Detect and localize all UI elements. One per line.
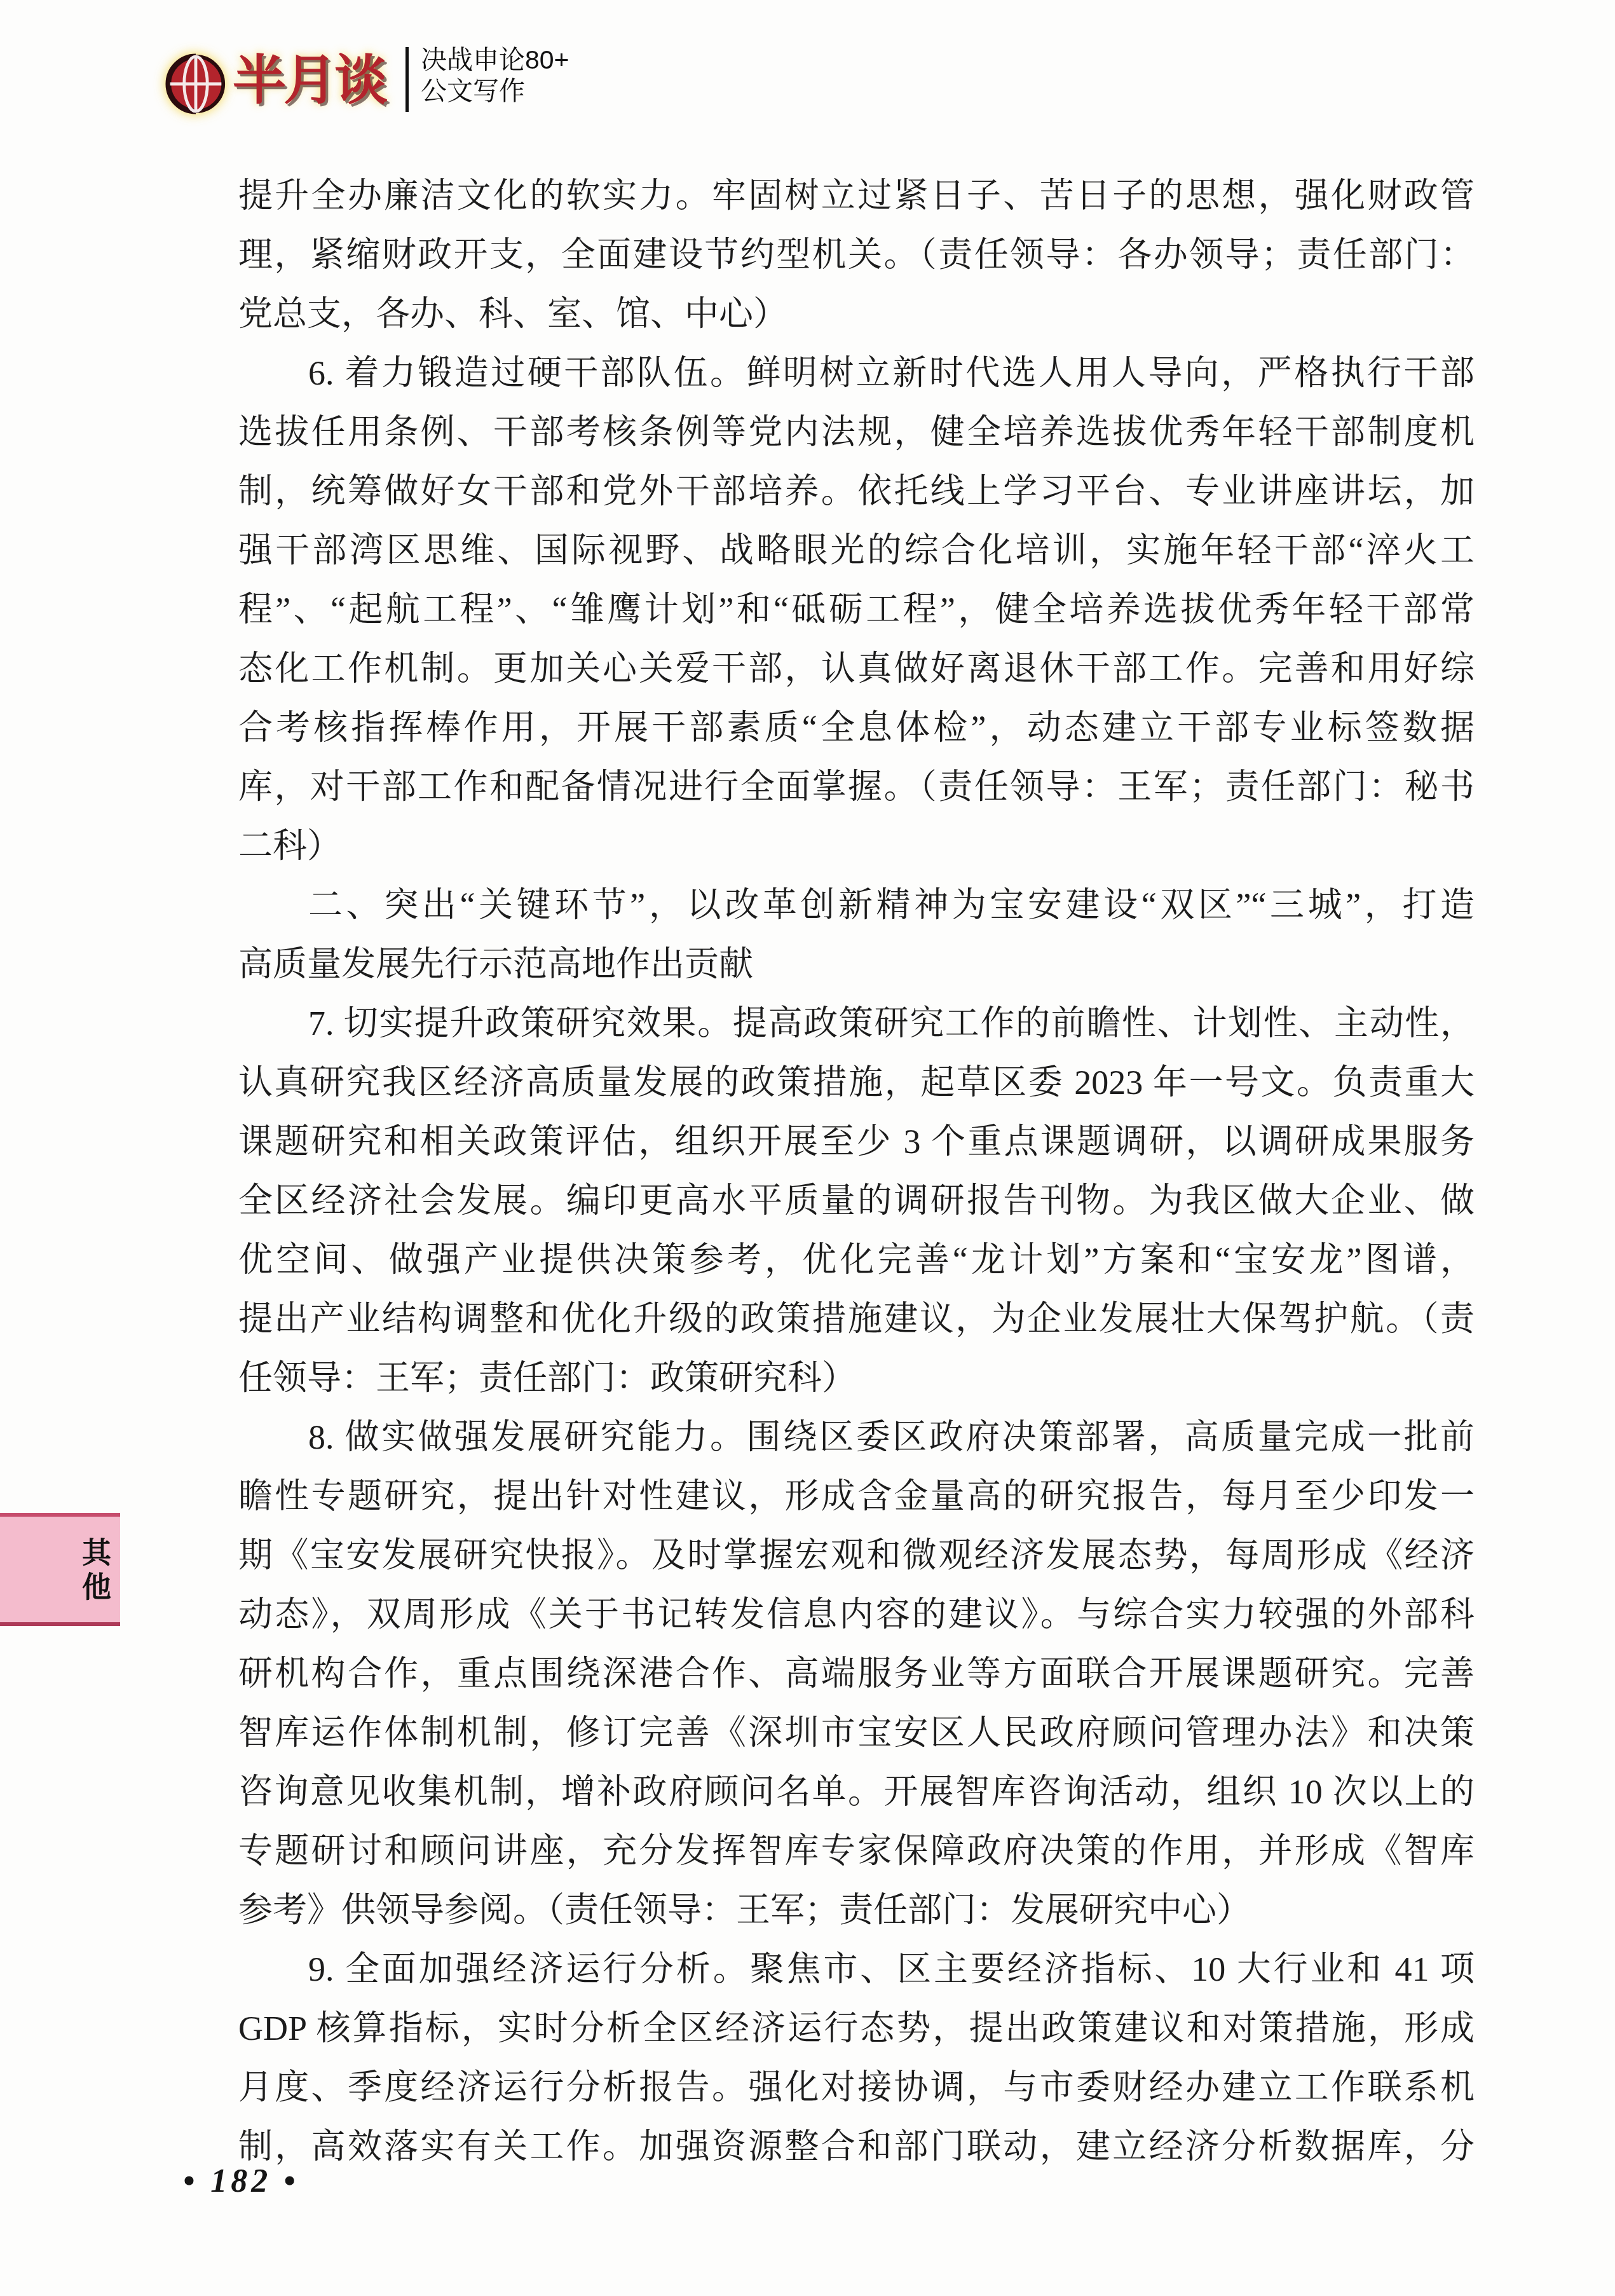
body-line: 9. 全面加强经济运行分析。聚焦市、区主要经济指标、10 大行业和 41 项: [238, 1940, 1475, 1999]
banyuetan-globe-icon: [164, 53, 228, 114]
body-line: 合考核指挥棒作用，开展干部素质“全息体检”，动态建立干部专业标签数据: [238, 699, 1475, 758]
body-line: 专题研讨和顾问讲座，充分发挥智库专家保障政府决策的作用，并形成《智库: [238, 1822, 1475, 1881]
body-line: 认真研究我区经济高质量发展的政策措施，起草区委 2023 年一号文。负责重大: [238, 1053, 1475, 1112]
page-number: • 182 •: [183, 2163, 299, 2201]
body-line: 选拔任用条例、干部考核条例等党内法规，健全培养选拔优秀年轻干部制度机: [238, 403, 1475, 462]
body-line: 二科）: [238, 817, 1475, 876]
body-line: 党总支，各办、科、室、馆、中心）: [238, 285, 1475, 344]
body-line: 课题研究和相关政策评估，组织开展至少 3 个重点课题调研，以调研成果服务: [238, 1112, 1475, 1172]
body-line: 优空间、做强产业提供决策参考，优化完善“龙计划”方案和“宝安龙”图谱，: [238, 1231, 1475, 1290]
body-text: 提升全办廉洁文化的软实力。牢固树立过紧日子、苦日子的思想，强化财政管理，紧缩财政…: [238, 167, 1475, 2176]
body-line: GDP 核算指标，实时分析全区经济运行态势，提出政策建议和对策措施，形成: [238, 1999, 1475, 2058]
body-line: 智库运作体制机制，修订完善《深圳市宝安区人民政府顾问管理办法》和决策: [238, 1704, 1475, 1763]
header-divider: [405, 47, 409, 112]
body-line: 参考》供领导参阅。（责任领导：王军；责任部门：发展研究中心）: [238, 1881, 1475, 1940]
body-line: 全区经济社会发展。编印更高水平质量的调研报告刊物。为我区做大企业、做: [238, 1172, 1475, 1231]
page-header: 半月谈 决战申论80+ 公文写作: [0, 0, 1615, 165]
body-line: 动态》，双周形成《关于书记转发信息内容的建议》。与综合实力较强的外部科: [238, 1585, 1475, 1644]
header-series-title: 决战申论80+: [421, 44, 569, 76]
body-line: 8. 做实做强发展研究能力。围绕区委区政府决策部署，高质量完成一批前: [238, 1408, 1475, 1467]
body-line: 程”、“起航工程”、“雏鹰计划”和“砥砺工程”，健全培养选拔优秀年轻干部常: [238, 580, 1475, 639]
body-line: 咨询意见收集机制，增补政府顾问名单。开展智库咨询活动，组织 10 次以上的: [238, 1763, 1475, 1822]
body-line: 提升全办廉洁文化的软实力。牢固树立过紧日子、苦日子的思想，强化财政管: [238, 167, 1475, 226]
body-line: 库，对干部工作和配备情况进行全面掌握。（责任领导：王军；责任部门：秘书: [238, 758, 1475, 817]
body-line: 研机构合作，重点围绕深港合作、高端服务业等方面联合开展课题研究。完善: [238, 1644, 1475, 1704]
body-line: 强干部湾区思维、国际视野、战略眼光的综合化培训，实施年轻干部“淬火工: [238, 521, 1475, 580]
body-line: 6. 着力锻造过硬干部队伍。鲜明树立新时代选人用人导向，严格执行干部: [238, 344, 1475, 403]
side-tab-label: 其他: [78, 1537, 110, 1606]
body-line: 瞻性专题研究，提出针对性建议，形成含金量高的研究报告，每月至少印发一: [238, 1467, 1475, 1526]
body-line: 月度、季度经济运行分析报告。强化对接协调，与市委财经办建立工作联系机: [238, 2058, 1475, 2117]
side-tab-qita: 其他: [0, 1513, 120, 1626]
header-series: 决战申论80+ 公文写作: [421, 44, 569, 107]
body-line: 任领导：王军；责任部门：政策研究科）: [238, 1349, 1475, 1408]
header-series-subtitle: 公文写作: [421, 76, 569, 107]
body-line: 理，紧缩财政开支，全面建设节约型机关。（责任领导：各办领导；责任部门：: [238, 226, 1475, 285]
body-line: 7. 切实提升政策研究效果。提高政策研究工作的前瞻性、计划性、主动性，: [238, 994, 1475, 1053]
document-page: 半月谈 决战申论80+ 公文写作 提升全办廉洁文化的软实力。牢固树立过紧日子、苦…: [0, 0, 1615, 2296]
body-line: 二、突出“关键环节”，以改革创新精神为宝安建设“双区”“三城”，打造: [238, 876, 1475, 935]
banyuetan-logo-text: 半月谈: [233, 51, 385, 112]
body-line: 态化工作机制。更加关心关爱干部，认真做好离退休干部工作。完善和用好综: [238, 639, 1475, 699]
body-line: 制，统筹做好女干部和党外干部培养。依托线上学习平台、专业讲座讲坛，加: [238, 462, 1475, 521]
body-line: 高质量发展先行示范高地作出贡献: [238, 935, 1475, 994]
body-line: 制，高效落实有关工作。加强资源整合和部门联动，建立经济分析数据库，分: [238, 2117, 1475, 2176]
body-line: 提出产业结构调整和优化升级的政策措施建议，为企业发展壮大保驾护航。（责: [238, 1290, 1475, 1349]
body-line: 期《宝安发展研究快报》。及时掌握宏观和微观经济发展态势，每周形成《经济: [238, 1526, 1475, 1585]
